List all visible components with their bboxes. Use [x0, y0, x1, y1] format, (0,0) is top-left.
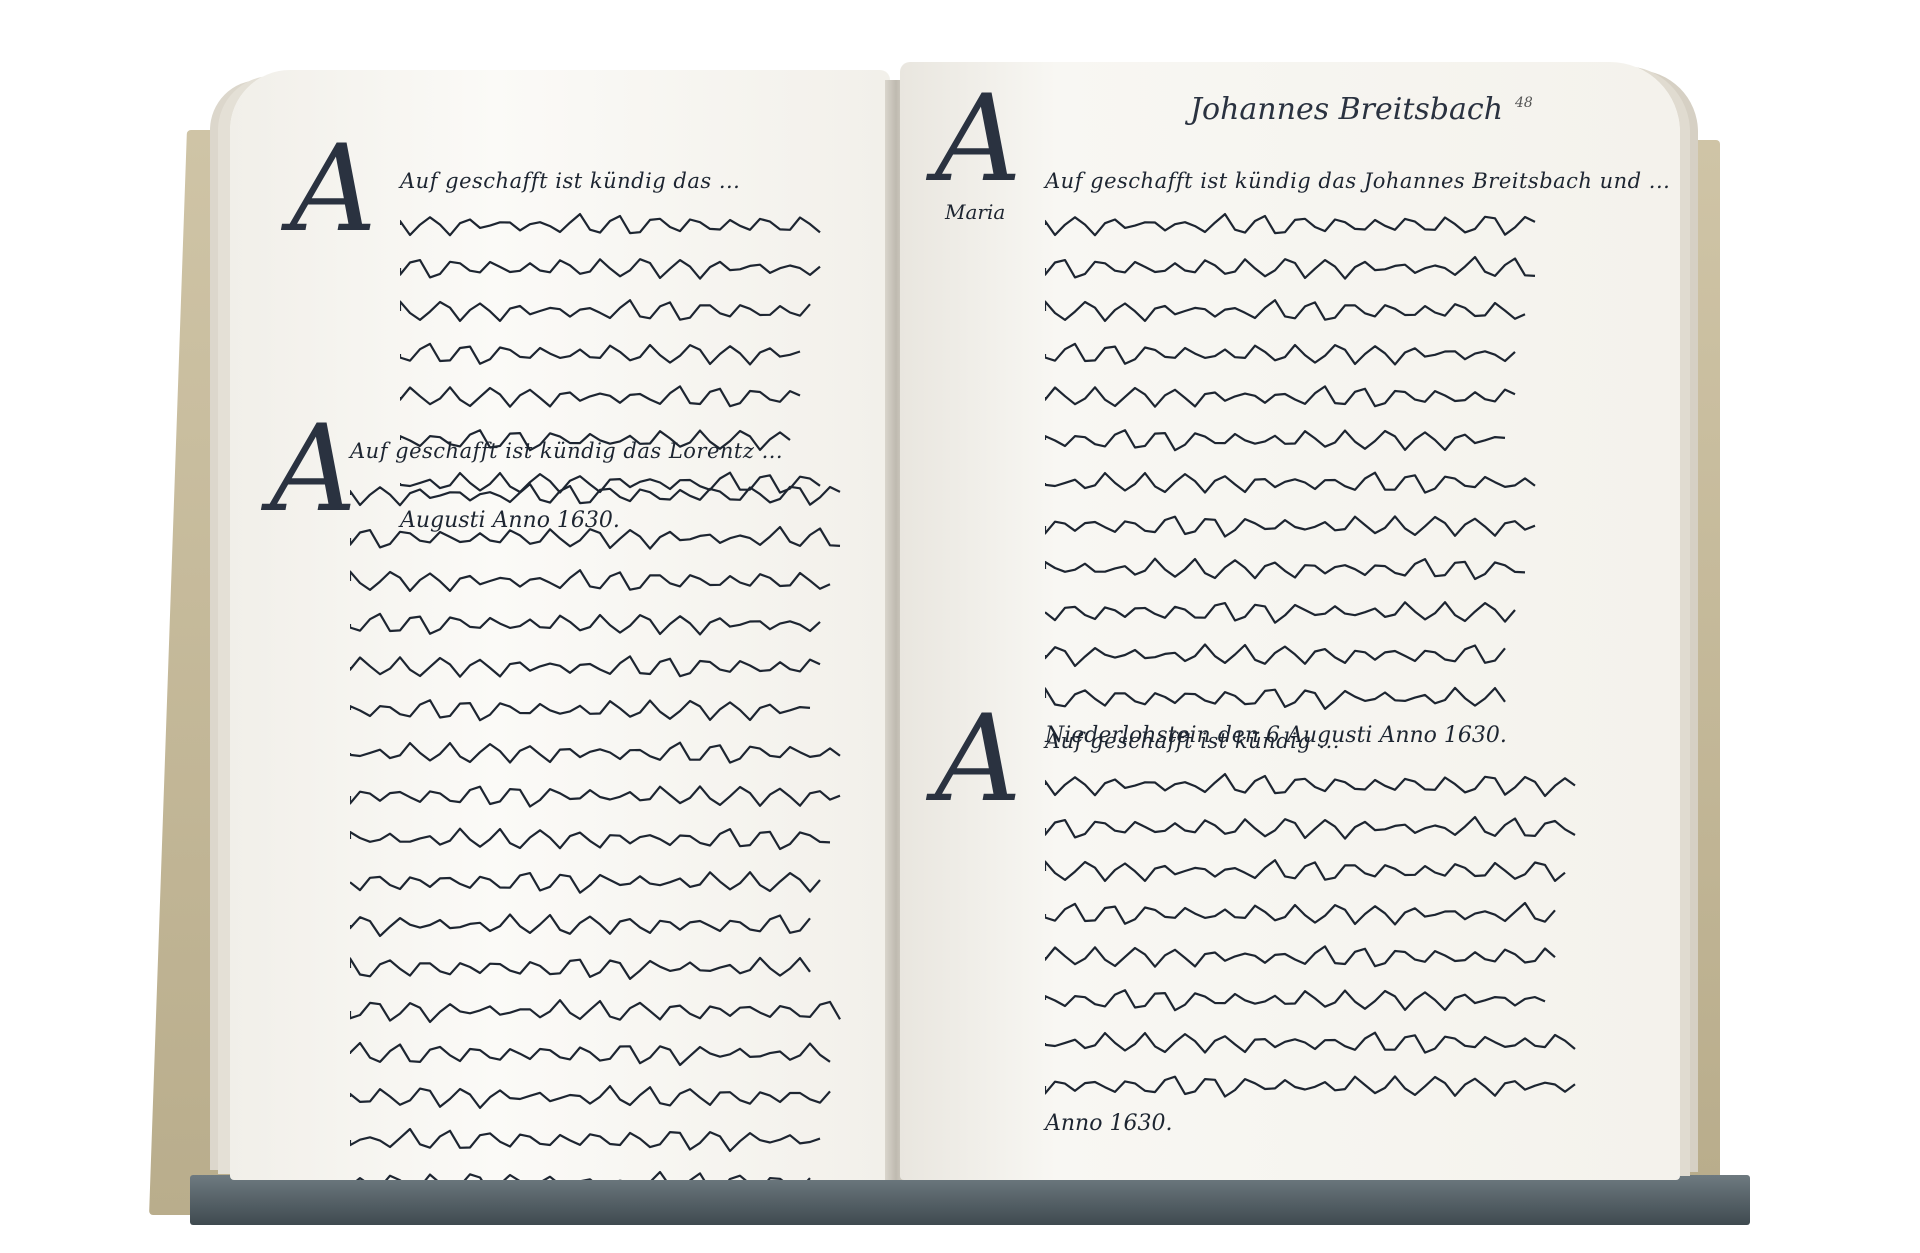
- handwritten-line: [1045, 763, 1605, 806]
- handwritten-line: [1045, 504, 1565, 547]
- book-spine: [190, 1175, 1750, 1225]
- handwritten-line: [1045, 935, 1605, 978]
- handwritten-line: [350, 1032, 870, 1075]
- handwritten-line: [400, 332, 870, 375]
- handwritten-line: [350, 688, 870, 731]
- handwritten-line: [400, 203, 870, 246]
- handwritten-line: [400, 289, 870, 332]
- handwritten-line: [1045, 1021, 1605, 1064]
- handwritten-line: [1045, 676, 1565, 719]
- left-page: A Auf geschafft ist kündig das ... Augus…: [230, 70, 890, 1180]
- entry-opening-line: Auf geschafft ist kündig ...: [1045, 720, 1605, 763]
- handwritten-line: [1045, 590, 1565, 633]
- handwritten-line: [1045, 892, 1605, 935]
- handwritten-line: [350, 946, 870, 989]
- decorative-initial: A: [935, 700, 1022, 820]
- entry-text: Auf geschafft ist kündig das Johannes Br…: [1045, 160, 1565, 748]
- handwritten-line: [400, 375, 870, 418]
- handwritten-line: [1045, 806, 1605, 849]
- handwritten-line: [1045, 547, 1565, 590]
- handwritten-line: [1045, 289, 1565, 332]
- entry-opening-line: Auf geschafft ist kündig das Johannes Br…: [1045, 160, 1565, 203]
- handwritten-line: [1045, 375, 1565, 418]
- handwritten-line: [350, 774, 870, 817]
- handwritten-line: [350, 1161, 870, 1180]
- handwritten-line: [350, 903, 870, 946]
- handwritten-line: [1045, 461, 1565, 504]
- handwritten-line: [350, 860, 870, 903]
- handwritten-line: [1045, 332, 1565, 375]
- decorative-initial: A: [290, 130, 377, 250]
- entry-text: Auf geschafft ist kündig das Lorentz ...…: [350, 430, 870, 1180]
- decorative-initial: A: [935, 80, 1022, 200]
- folio-number: 48: [1515, 95, 1533, 111]
- handwritten-line: [1045, 203, 1565, 246]
- handwritten-line: [350, 516, 870, 559]
- handwritten-line: [350, 1075, 870, 1118]
- handwritten-line: [350, 817, 870, 860]
- handwritten-line: [400, 246, 870, 289]
- handwritten-line: [350, 645, 870, 688]
- handwritten-line: [350, 1118, 870, 1161]
- handwritten-line: [1045, 849, 1605, 892]
- handwritten-line: [1045, 978, 1605, 1021]
- handwritten-line: [350, 473, 870, 516]
- page-header-name: Johannes Breitsbach: [1190, 92, 1503, 127]
- handwritten-line: [350, 989, 870, 1032]
- handwritten-line: [350, 559, 870, 602]
- handwritten-line: [1045, 633, 1565, 676]
- handwritten-line: [350, 731, 870, 774]
- entry-opening-line: Auf geschafft ist kündig das ...: [400, 160, 870, 203]
- decorative-initial: A: [270, 410, 357, 530]
- handwritten-line: [1045, 1064, 1605, 1107]
- handwritten-line: [350, 602, 870, 645]
- handwritten-line: [1045, 418, 1565, 461]
- handwritten-line: [1045, 246, 1565, 289]
- entry-text: Auf geschafft ist kündig ... Anno 1630.: [1045, 720, 1605, 1136]
- entry-opening-line: Auf geschafft ist kündig das Lorentz ...: [350, 430, 870, 473]
- entry-date: Anno 1630.: [1045, 1111, 1605, 1136]
